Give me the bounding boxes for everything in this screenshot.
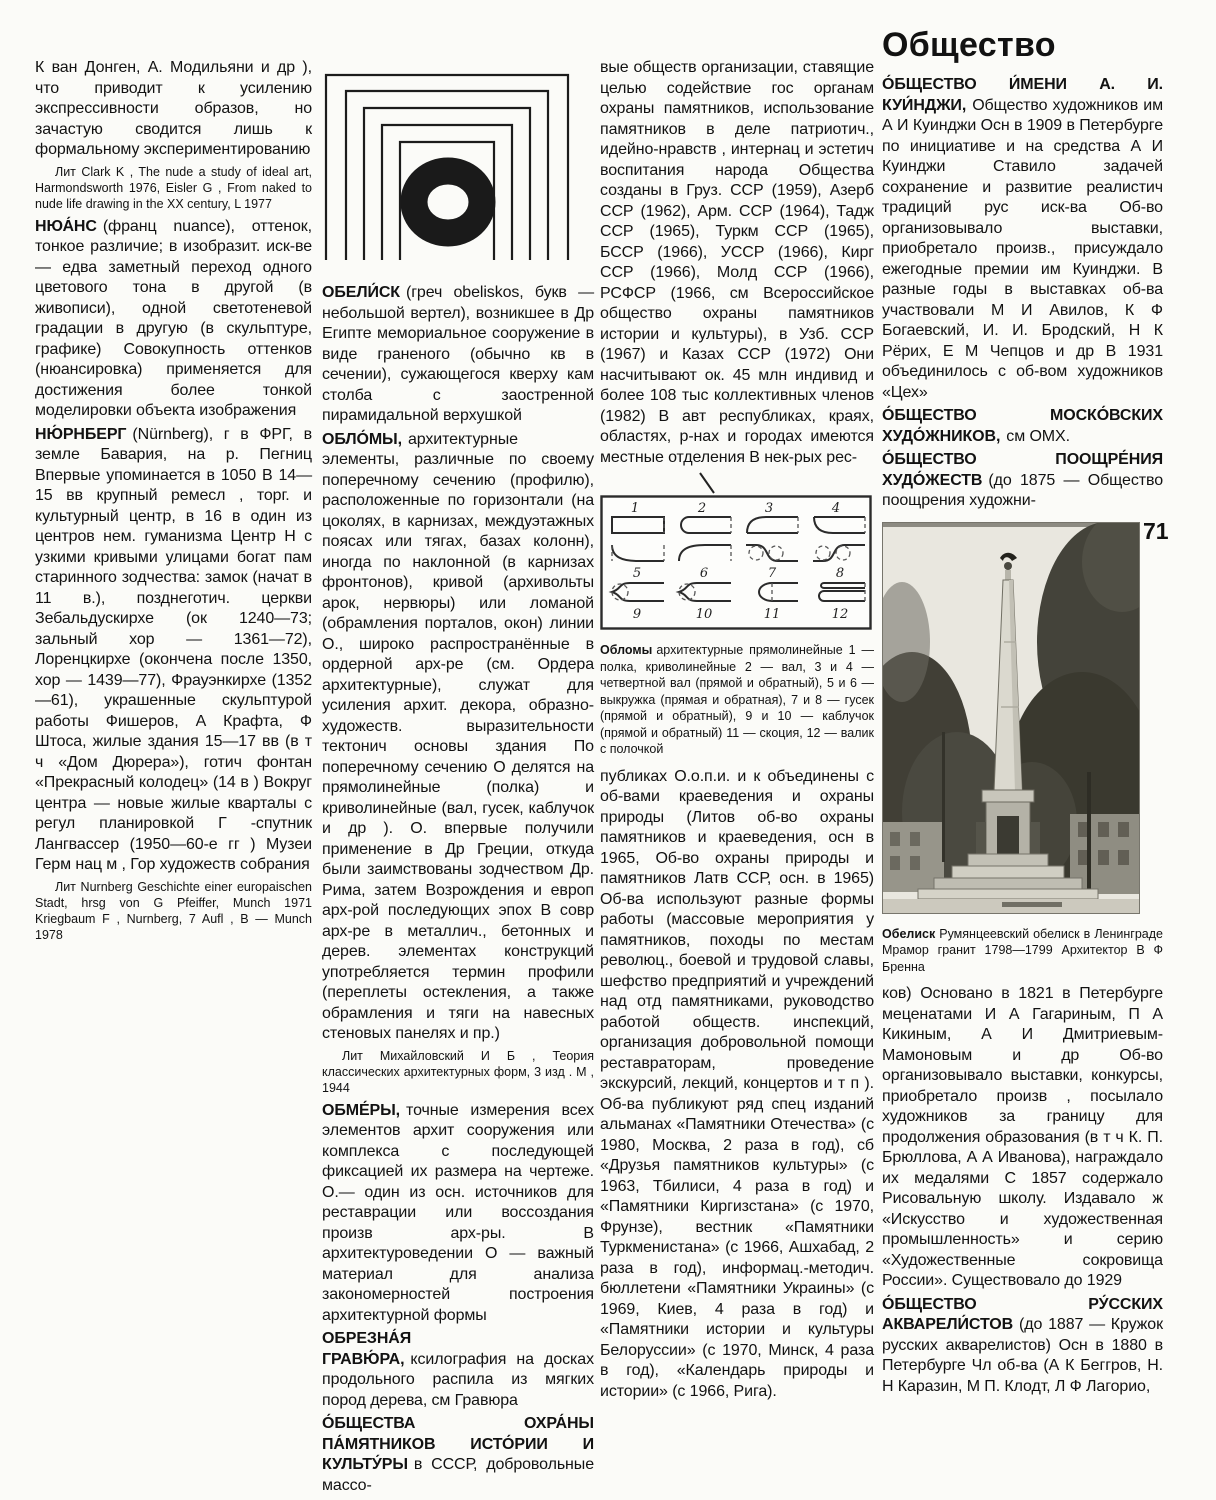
entry-text: (греч obeliskos, букв — небольшой вертел…: [322, 284, 594, 424]
caption-text: архитектурные прямолинейные 1 — полка, к…: [600, 643, 874, 756]
running-head: Общество: [882, 26, 1163, 65]
entry-text: см ОМХ.: [1006, 428, 1070, 445]
entry-text: точные измерения всех элементов архит со…: [322, 1102, 594, 1324]
continuation-paragraph: вые обществ организации, ставящие целью …: [600, 58, 874, 468]
diagram-number: 2: [697, 501, 706, 516]
diagram-number: 11: [764, 607, 781, 622]
entry-nurnberg: НЮ́РНБЕРГ(Nürnberg), г в ФРГ, в земле Ба…: [35, 425, 312, 876]
letter-o-ornament: [322, 62, 594, 267]
entry-headword: ОБМЕ́РЫ,: [322, 1102, 406, 1119]
entry-oblomy: ОБЛО́МЫ,архитектурные элементы, различны…: [322, 430, 594, 1045]
letter-o-glyph: [414, 171, 482, 233]
entry-obreznaya-gravyura: ОБРЕЗНА́Я ГРАВЮ́РА,ксилография на досках…: [322, 1329, 594, 1411]
caption-lead: Обелиск: [882, 927, 939, 941]
entry-obshchestva-okhrany: О́БЩЕСТВА ОХРА́НЫ ПА́МЯТНИКОВ ИСТО́РИИ И…: [322, 1414, 594, 1496]
literature-note: Лит Михайловский И Б , Теория классическ…: [322, 1048, 594, 1096]
column-1: К ван Донген, А. Модильяни и др ), что п…: [35, 58, 312, 948]
entry-headword: НЮА́НС: [35, 218, 103, 235]
diagram-number: 3: [765, 501, 773, 516]
continuation-paragraph: публиках О.о.п.и. и к объединены с об-ва…: [600, 767, 874, 1403]
literature-note: Лит Nurnberg Geschichte einer europaisch…: [35, 879, 312, 943]
mouldings-diagram: 1 2 3 4 5 6 7 8 9 10 11 12: [600, 495, 874, 635]
column-3: вые обществ организации, ставящие целью …: [600, 58, 874, 1405]
encyclopedia-page: К ван Донген, А. Модильяни и др ), что п…: [0, 0, 1216, 1500]
diagram-number: 9: [633, 607, 641, 622]
entry-obmery: ОБМЕ́РЫ,точные измерения всех элементов …: [322, 1101, 594, 1327]
diagram-number: 7: [768, 566, 777, 581]
entry-text: (Nürnberg), г в ФРГ, в земле Бавария, на…: [35, 426, 312, 874]
diagram-number: 8: [836, 566, 844, 581]
obelisk-photo-figure: [882, 522, 1140, 914]
column-2: ОБЕЛИ́СК(греч obeliskos, букв — небольшо…: [322, 58, 594, 1499]
entry-headword: ОБЕЛИ́СК: [322, 284, 406, 301]
photo-caption: ОбелискРумянцеевский обелиск в Ленинград…: [882, 926, 1163, 976]
entry-kuindzhi: О́БЩЕСТВО И́МЕНИ А. И. КУИ́НДЖИ,Общество…: [882, 75, 1163, 403]
caption-lead: Обломы: [600, 643, 656, 657]
diagram-number: 1: [631, 501, 639, 516]
entry-headword: НЮ́РНБЕРГ: [35, 426, 132, 443]
diagram-number: 4: [831, 501, 840, 516]
obelisk-photo: [882, 522, 1163, 919]
diagram-number: 12: [832, 607, 849, 622]
mouldings-diagram-figure: 1 2 3 4 5 6 7 8 9 10 11 12: [600, 495, 872, 630]
entry-headword: ОБРЕЗНА́Я ГРАВЮ́РА,: [322, 1330, 411, 1368]
diagram-number: 6: [700, 566, 708, 581]
column-4: Общество О́БЩЕСТВО И́МЕНИ А. И. КУИ́НДЖИ…: [882, 26, 1163, 1400]
entry-text: архитектурные элементы, различные по сво…: [322, 431, 594, 1043]
continuation-paragraph: К ван Донген, А. Модильяни и др ), что п…: [35, 58, 312, 161]
diagram-number: 5: [633, 566, 641, 581]
entry-omkh: О́БЩЕСТВО МОСКО́ВСКИХ ХУДО́ЖНИКОВ,см ОМХ…: [882, 406, 1163, 447]
literature-note: Лит Clark K , The nude a study of ideal …: [35, 164, 312, 212]
entry-nuance: НЮА́НС(франц nuance), оттенок, тонкое ра…: [35, 217, 312, 422]
diagram-number: 10: [696, 607, 713, 622]
entry-text: (франц nuance), оттенок, тонкое различие…: [35, 218, 312, 420]
entry-akvarelistov: О́БЩЕСТВО РУ́ССКИХ АКВАРЕЛИ́СТОВ(до 1887…: [882, 1295, 1163, 1398]
entry-headword: ОБЛО́МЫ,: [322, 431, 408, 448]
letter-o-ornament-figure: [322, 62, 572, 262]
entry-pooshchreniya: О́БЩЕСТВО ПООЩРЕ́НИЯ ХУДО́ЖЕСТВ(до 1875 …: [882, 450, 1163, 512]
callout-line: [600, 471, 860, 495]
entry-text: Общество художников им А И Куинджи Осн в…: [882, 97, 1163, 401]
entry-obelisk: ОБЕЛИ́СК(греч obeliskos, букв — небольшо…: [322, 283, 594, 427]
page-number: 71: [1143, 518, 1169, 545]
diagram-caption: Обломыархитектурные прямолинейные 1 — по…: [600, 642, 874, 758]
continuation-paragraph: ков) Основано в 1821 в Петербурге мецена…: [882, 984, 1163, 1292]
